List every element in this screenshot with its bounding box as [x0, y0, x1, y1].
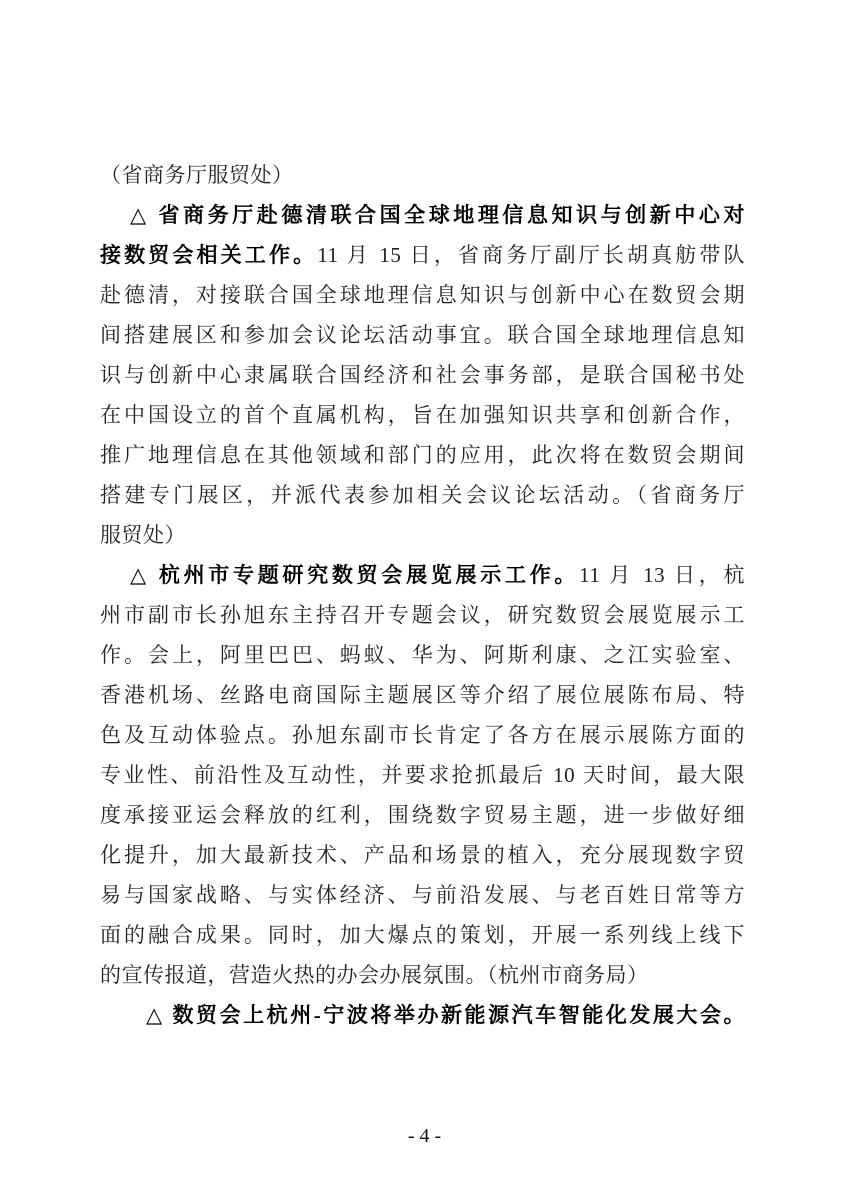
text-line: 间搭建展区和参加会议论坛活动事宜。联合国全球地理信息知 [100, 315, 745, 355]
text-line: 易与国家战略、与实体经济、与前沿发展、与老百姓日常等方 [100, 875, 745, 915]
text-line: 色及互动体验点。孙旭东副市长肯定了各方在展示展陈方面的 [100, 715, 745, 755]
text-segment: 香港机场、丝路电商国际主题展区等介绍了展位展陈布局、特 [100, 683, 745, 707]
bold-segment: △ 数贸会上杭州-宁波将举办新能源汽车智能化发展大会。 [146, 1003, 745, 1027]
text-segment: 专业性、前沿性及互动性，并要求抢抓最后 10 天时间，最大限 [100, 763, 745, 787]
text-line: 州市副市长孙旭东主持召开专题会议，研究数贸会展览展示工 [100, 595, 745, 635]
text-line: 搭建专门展区，并派代表参加相关会议论坛活动。（省商务厅 [100, 475, 745, 515]
text-segment: 搭建专门展区，并派代表参加相关会议论坛活动。（省商务厅 [100, 483, 745, 507]
bold-segment: △ 杭州市专题研究数贸会展览展示工作。 [130, 563, 579, 587]
text-line: 度承接亚运会释放的红利，围绕数字贸易主题，进一步做好细 [100, 795, 745, 835]
paragraph-item-1: △ 省商务厅赴德清联合国全球地理信息知识与创新中心对 接数贸会相关工作。11 月… [100, 195, 745, 555]
text-line: 识与创新中心隶属联合国经济和社会事务部，是联合国秘书处 [100, 355, 745, 395]
text-line: 服贸处） [100, 515, 745, 555]
document-page: （省商务厅服贸处） △ 省商务厅赴德清联合国全球地理信息知识与创新中心对 接数贸… [0, 0, 849, 1200]
text-line: 在中国设立的首个直属机构，旨在加强知识共享和创新合作， [100, 395, 745, 435]
text-line: 化提升，加大最新技术、产品和场景的植入，充分展现数字贸 [100, 835, 745, 875]
text-line: △ 杭州市专题研究数贸会展览展示工作。11 月 13 日，杭 [100, 555, 745, 595]
page-number: - 4 - [0, 1125, 849, 1148]
text-line: 接数贸会相关工作。11 月 15 日，省商务厅副厅长胡真舫带队 [100, 235, 745, 275]
text-segment: （省商务厅服贸处） [100, 163, 294, 187]
text-segment: 化提升，加大最新技术、产品和场景的植入，充分展现数字贸 [100, 843, 745, 867]
text-segment: 在中国设立的首个直属机构，旨在加强知识共享和创新合作， [100, 403, 745, 427]
text-segment: 识与创新中心隶属联合国经济和社会事务部，是联合国秘书处 [100, 363, 745, 387]
text-segment: 面的融合成果。同时，加大爆点的策划，开展一系列线上线下 [100, 923, 745, 947]
text-line: （省商务厅服贸处） [100, 155, 745, 195]
bold-segment: △ 省商务厅赴德清联合国全球地理信息知识与创新中心对 [130, 203, 745, 227]
text-segment: 推广地理信息在其他领域和部门的应用，此次将在数贸会期间 [100, 443, 745, 467]
text-line: 面的融合成果。同时，加大爆点的策划，开展一系列线上线下 [100, 915, 745, 955]
text-segment: 度承接亚运会释放的红利，围绕数字贸易主题，进一步做好细 [100, 803, 745, 827]
text-segment: 的宣传报道，营造火热的办会办展氛围。（杭州市商务局） [100, 963, 649, 987]
text-segment: 易与国家战略、与实体经济、与前沿发展、与老百姓日常等方 [100, 883, 745, 907]
text-segment: 赴德清，对接联合国全球地理信息知识与创新中心在数贸会期 [100, 283, 745, 307]
paragraph-item-3: △ 数贸会上杭州-宁波将举办新能源汽车智能化发展大会。 [100, 995, 745, 1035]
text-line: △ 数贸会上杭州-宁波将举办新能源汽车智能化发展大会。 [100, 995, 745, 1035]
text-line: 作。会上，阿里巴巴、蚂蚁、华为、阿斯利康、之江实验室、 [100, 635, 745, 675]
text-line: 香港机场、丝路电商国际主题展区等介绍了展位展陈布局、特 [100, 675, 745, 715]
text-line: 专业性、前沿性及互动性，并要求抢抓最后 10 天时间，最大限 [100, 755, 745, 795]
text-segment: 间搭建展区和参加会议论坛活动事宜。联合国全球地理信息知 [100, 323, 745, 347]
text-segment: 11 月 13 日，杭 [579, 563, 745, 587]
text-segment: 作。会上，阿里巴巴、蚂蚁、华为、阿斯利康、之江实验室、 [100, 643, 745, 667]
text-line: △ 省商务厅赴德清联合国全球地理信息知识与创新中心对 [100, 195, 745, 235]
document-body: （省商务厅服贸处） △ 省商务厅赴德清联合国全球地理信息知识与创新中心对 接数贸… [100, 155, 745, 1035]
text-segment: 州市副市长孙旭东主持召开专题会议，研究数贸会展览展示工 [100, 603, 745, 627]
text-segment: 服贸处） [100, 523, 186, 547]
paragraph-item-2: △ 杭州市专题研究数贸会展览展示工作。11 月 13 日，杭 州市副市长孙旭东主… [100, 555, 745, 995]
paragraph-continuation: （省商务厅服贸处） [100, 155, 745, 195]
text-line: 赴德清，对接联合国全球地理信息知识与创新中心在数贸会期 [100, 275, 745, 315]
bold-segment: 接数贸会相关工作。 [100, 243, 317, 267]
text-line: 推广地理信息在其他领域和部门的应用，此次将在数贸会期间 [100, 435, 745, 475]
text-segment: 色及互动体验点。孙旭东副市长肯定了各方在展示展陈方面的 [100, 723, 745, 747]
text-segment: 11 月 15 日，省商务厅副厅长胡真舫带队 [317, 243, 745, 267]
text-line: 的宣传报道，营造火热的办会办展氛围。（杭州市商务局） [100, 955, 745, 995]
